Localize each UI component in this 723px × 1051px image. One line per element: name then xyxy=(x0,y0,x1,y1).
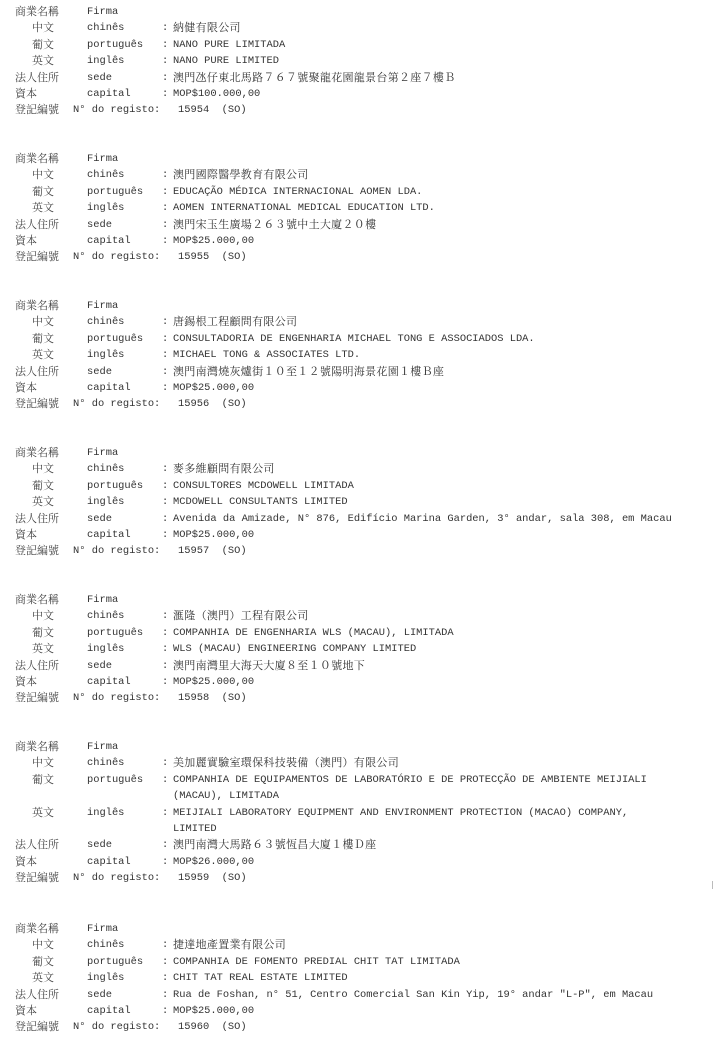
portuguese-name-row: 葡文português:CONSULTADORIA DE ENGENHARIA … xyxy=(0,331,723,347)
english-label-zh: 英文 xyxy=(32,347,54,363)
portuguese-label-zh: 葡文 xyxy=(32,184,54,200)
registration-number: 15955 (SO) xyxy=(178,249,247,265)
capital-label-pt: capital xyxy=(87,674,131,690)
portuguese-name-value: EDUCAÇÃO MÉDICA INTERNACIONAL AOMEN LDA. xyxy=(173,184,422,200)
portuguese-name-continuation: (MACAU), LIMITADA xyxy=(0,788,723,804)
chinese-name-row: 中文chinês:澳門國際醫學教育有限公司 xyxy=(0,167,723,183)
portuguese-label-zh: 葡文 xyxy=(32,954,54,970)
chinese-label-pt: chinês xyxy=(87,937,124,953)
seat-label-zh: 法人住所 xyxy=(15,658,59,674)
registration-number: 15959 (SO) xyxy=(178,870,247,886)
capital-value: MOP$25.000,00 xyxy=(173,674,254,690)
english-label-zh: 英文 xyxy=(32,641,54,657)
chinese-name-row: 中文chinês:美加麗實驗室環保科技裝備（澳門）有限公司 xyxy=(0,755,723,771)
registration-number: 15954 (SO) xyxy=(178,102,247,118)
firm-label-zh: 商業名稱 xyxy=(15,921,59,937)
regno-label-pt: N° do registo: xyxy=(73,870,160,886)
capital-value: MOP$25.000,00 xyxy=(173,233,254,249)
colon: : xyxy=(162,167,168,183)
portuguese-name-row: 葡文português:COMPANHIA DE FOMENTO PREDIAL… xyxy=(0,954,723,970)
capital-value: MOP$25.000,00 xyxy=(173,527,254,543)
registration-row: 登記編號N° do registo:15957 (SO) xyxy=(0,543,723,559)
portuguese-name-row: 葡文português:COMPANHIA DE ENGENHARIA WLS … xyxy=(0,625,723,641)
colon: : xyxy=(162,494,168,510)
seat-value: 澳門南灣里大海天大廈８至１０號地下 xyxy=(173,658,365,674)
english-name-row: 英文inglês:MICHAEL TONG & ASSOCIATES LTD. xyxy=(0,347,723,363)
capital-row: 資本capital:MOP$100.000,00 xyxy=(0,86,723,102)
english-name-value: AOMEN INTERNATIONAL MEDICAL EDUCATION LT… xyxy=(173,200,435,216)
regno-label-pt: N° do registo: xyxy=(73,690,160,706)
firm-label-pt: Firma xyxy=(87,921,118,937)
colon: : xyxy=(162,53,168,69)
chinese-label-pt: chinês xyxy=(87,755,124,771)
colon: : xyxy=(162,527,168,543)
regno-label-pt: N° do registo: xyxy=(73,249,160,265)
registration-row: 登記編號N° do registo:15955 (SO) xyxy=(0,249,723,265)
colon: : xyxy=(162,200,168,216)
colon: : xyxy=(162,954,168,970)
registration-number: 15960 (SO) xyxy=(178,1019,247,1035)
colon: : xyxy=(162,805,168,821)
chinese-name-row: 中文chinês:納健有限公司 xyxy=(0,20,723,36)
portuguese-name-value: CONSULTADORIA DE ENGENHARIA MICHAEL TONG… xyxy=(173,331,535,347)
chinese-label-zh: 中文 xyxy=(32,461,54,477)
firm-label-zh: 商業名稱 xyxy=(15,592,59,608)
seat-value: Avenida da Amizade, N° 876, Edifício Mar… xyxy=(173,511,672,527)
english-label-pt: inglês xyxy=(87,494,124,510)
firm-label-pt: Firma xyxy=(87,592,118,608)
colon: : xyxy=(162,217,168,233)
english-name-value: NANO PURE LIMITED xyxy=(173,53,279,69)
seat-row: 法人住所sede:澳門氹仔東北馬路７６７號聚龍花園龍景台第２座７樓Ｂ xyxy=(0,70,723,86)
chinese-label-zh: 中文 xyxy=(32,20,54,36)
firm-header-row: 商業名稱Firma xyxy=(0,592,723,608)
english-name-continuation: LIMITED xyxy=(0,821,723,837)
firm-header-row: 商業名稱Firma xyxy=(0,445,723,461)
portuguese-name-row: 葡文português:CONSULTORES MCDOWELL LIMITAD… xyxy=(0,478,723,494)
firm-label-pt: Firma xyxy=(87,739,118,755)
seat-row: 法人住所sede:澳門南灣大馬路６３號恆昌大廈１樓Ｄ座 xyxy=(0,837,723,853)
capital-row: 資本capital:MOP$26.000,00 xyxy=(0,854,723,870)
english-label-pt: inglês xyxy=(87,200,124,216)
portuguese-label-zh: 葡文 xyxy=(32,625,54,641)
english-label-zh: 英文 xyxy=(32,200,54,216)
firm-label-pt: Firma xyxy=(87,4,118,20)
english-name-value: MCDOWELL CONSULTANTS LIMITED xyxy=(173,494,348,510)
colon: : xyxy=(162,233,168,249)
colon: : xyxy=(162,1003,168,1019)
english-label-pt: inglês xyxy=(87,347,124,363)
chinese-label-zh: 中文 xyxy=(32,608,54,624)
seat-label-pt: sede xyxy=(87,511,112,527)
colon: : xyxy=(162,380,168,396)
registration-row: 登記編號N° do registo:15959 (SO) xyxy=(0,870,723,886)
english-label-zh: 英文 xyxy=(32,53,54,69)
firm-header-row: 商業名稱Firma xyxy=(0,921,723,937)
company-entry: 商業名稱Firma中文chinês:納健有限公司葡文português:NANO… xyxy=(0,4,723,119)
seat-value: 澳門宋玉生廣場２６３號中土大廈２０樓 xyxy=(173,217,376,233)
capital-row: 資本capital:MOP$25.000,00 xyxy=(0,380,723,396)
firm-label-zh: 商業名稱 xyxy=(15,298,59,314)
colon: : xyxy=(162,37,168,53)
portuguese-label-pt: português xyxy=(87,954,143,970)
seat-row: 法人住所sede:澳門宋玉生廣場２６３號中土大廈２０樓 xyxy=(0,217,723,233)
registration-row: 登記編號N° do registo:15958 (SO) xyxy=(0,690,723,706)
chinese-name-row: 中文chinês:麥多維顧問有限公司 xyxy=(0,461,723,477)
registration-row: 登記編號N° do registo:15956 (SO) xyxy=(0,396,723,412)
colon: : xyxy=(162,674,168,690)
english-name-row: 英文inglês:WLS (MACAU) ENGINEERING COMPANY… xyxy=(0,641,723,657)
seat-row: 法人住所sede:澳門南灣里大海天大廈８至１０號地下 xyxy=(0,658,723,674)
company-entry: 商業名稱Firma中文chinês:美加麗實驗室環保科技裝備（澳門）有限公司葡文… xyxy=(0,739,723,887)
english-name-row: 英文inglês:CHIT TAT REAL ESTATE LIMITED xyxy=(0,970,723,986)
seat-value: 澳門南灣燒灰爐街１０至１２號陽明海景花園１樓Ｂ座 xyxy=(173,364,444,380)
portuguese-label-zh: 葡文 xyxy=(32,478,54,494)
portuguese-name-row: 葡文português:EDUCAÇÃO MÉDICA INTERNACIONA… xyxy=(0,184,723,200)
firm-label-pt: Firma xyxy=(87,151,118,167)
portuguese-name-value-cont: (MACAU), LIMITADA xyxy=(173,788,279,804)
firm-label-zh: 商業名稱 xyxy=(15,151,59,167)
firm-header-row: 商業名稱Firma xyxy=(0,739,723,755)
capital-label-pt: capital xyxy=(87,527,131,543)
portuguese-label-zh: 葡文 xyxy=(32,331,54,347)
english-name-value: CHIT TAT REAL ESTATE LIMITED xyxy=(173,970,348,986)
company-entry: 商業名稱Firma中文chinês:滙隆（澳門）工程有限公司葡文portuguê… xyxy=(0,592,723,707)
seat-label-zh: 法人住所 xyxy=(15,70,59,86)
chinese-label-pt: chinês xyxy=(87,314,124,330)
colon: : xyxy=(162,478,168,494)
capital-label-zh: 資本 xyxy=(15,854,37,870)
firm-label-zh: 商業名稱 xyxy=(15,739,59,755)
portuguese-name-row: 葡文português:NANO PURE LIMITADA xyxy=(0,37,723,53)
seat-label-zh: 法人住所 xyxy=(15,364,59,380)
regno-label-zh: 登記編號 xyxy=(15,249,59,265)
capital-value: MOP$25.000,00 xyxy=(173,380,254,396)
seat-label-zh: 法人住所 xyxy=(15,837,59,853)
colon: : xyxy=(162,937,168,953)
colon: : xyxy=(162,970,168,986)
chinese-label-zh: 中文 xyxy=(32,755,54,771)
colon: : xyxy=(162,86,168,102)
colon: : xyxy=(162,755,168,771)
chinese-label-pt: chinês xyxy=(87,608,124,624)
capital-value: MOP$100.000,00 xyxy=(173,86,260,102)
seat-label-zh: 法人住所 xyxy=(15,987,59,1003)
colon: : xyxy=(162,70,168,86)
chinese-name-value: 唐錫根工程顧問有限公司 xyxy=(173,314,297,330)
chinese-name-value: 納健有限公司 xyxy=(173,20,241,36)
chinese-name-row: 中文chinês:唐錫根工程顧問有限公司 xyxy=(0,314,723,330)
seat-value: 澳門南灣大馬路６３號恆昌大廈１樓Ｄ座 xyxy=(173,837,376,853)
capital-label-zh: 資本 xyxy=(15,1003,37,1019)
chinese-name-value: 美加麗實驗室環保科技裝備（澳門）有限公司 xyxy=(173,755,399,771)
colon: : xyxy=(162,184,168,200)
firm-label-zh: 商業名稱 xyxy=(15,445,59,461)
capital-label-zh: 資本 xyxy=(15,233,37,249)
seat-label-zh: 法人住所 xyxy=(15,217,59,233)
chinese-label-zh: 中文 xyxy=(32,937,54,953)
colon: : xyxy=(162,641,168,657)
portuguese-label-zh: 葡文 xyxy=(32,772,54,788)
registration-number: 15956 (SO) xyxy=(178,396,247,412)
colon: : xyxy=(162,314,168,330)
scan-artifact xyxy=(712,881,713,889)
regno-label-pt: N° do registo: xyxy=(73,543,160,559)
company-entry: 商業名稱Firma中文chinês:唐錫根工程顧問有限公司葡文português… xyxy=(0,298,723,413)
portuguese-label-pt: português xyxy=(87,184,143,200)
seat-label-pt: sede xyxy=(87,658,112,674)
seat-row: 法人住所sede:Avenida da Amizade, N° 876, Edi… xyxy=(0,511,723,527)
regno-label-zh: 登記編號 xyxy=(15,1019,59,1035)
chinese-label-pt: chinês xyxy=(87,461,124,477)
capital-row: 資本capital:MOP$25.000,00 xyxy=(0,233,723,249)
regno-label-zh: 登記編號 xyxy=(15,396,59,412)
company-entry: 商業名稱Firma中文chinês:捷達地產置業有限公司葡文português:… xyxy=(0,921,723,1036)
capital-label-zh: 資本 xyxy=(15,380,37,396)
portuguese-label-pt: português xyxy=(87,331,143,347)
portuguese-name-value: COMPANHIA DE ENGENHARIA WLS (MACAU), LIM… xyxy=(173,625,454,641)
seat-value: Rua de Foshan, n° 51, Centro Comercial S… xyxy=(173,987,653,1003)
firm-label-pt: Firma xyxy=(87,298,118,314)
colon: : xyxy=(162,658,168,674)
english-label-pt: inglês xyxy=(87,53,124,69)
english-name-value: WLS (MACAU) ENGINEERING COMPANY LIMITED xyxy=(173,641,416,657)
colon: : xyxy=(162,364,168,380)
company-entry: 商業名稱Firma中文chinês:麥多維顧問有限公司葡文português:C… xyxy=(0,445,723,560)
colon: : xyxy=(162,854,168,870)
colon: : xyxy=(162,347,168,363)
capital-value: MOP$25.000,00 xyxy=(173,1003,254,1019)
capital-row: 資本capital:MOP$25.000,00 xyxy=(0,1003,723,1019)
colon: : xyxy=(162,608,168,624)
colon: : xyxy=(162,511,168,527)
registration-number: 15957 (SO) xyxy=(178,543,247,559)
capital-label-pt: capital xyxy=(87,380,131,396)
seat-label-pt: sede xyxy=(87,217,112,233)
english-name-row: 英文inglês:MCDOWELL CONSULTANTS LIMITED xyxy=(0,494,723,510)
chinese-name-value: 滙隆（澳門）工程有限公司 xyxy=(173,608,309,624)
colon: : xyxy=(162,837,168,853)
portuguese-label-pt: português xyxy=(87,772,143,788)
seat-row: 法人住所sede:Rua de Foshan, n° 51, Centro Co… xyxy=(0,987,723,1003)
regno-label-zh: 登記編號 xyxy=(15,870,59,886)
portuguese-name-value: CONSULTORES MCDOWELL LIMITADA xyxy=(173,478,354,494)
capital-label-zh: 資本 xyxy=(15,674,37,690)
english-name-value-cont: LIMITED xyxy=(173,821,217,837)
english-name-row: 英文inglês:NANO PURE LIMITED xyxy=(0,53,723,69)
seat-label-zh: 法人住所 xyxy=(15,511,59,527)
chinese-name-row: 中文chinês:捷達地產置業有限公司 xyxy=(0,937,723,953)
registration-number: 15958 (SO) xyxy=(178,690,247,706)
registration-row: 登記編號N° do registo:15960 (SO) xyxy=(0,1019,723,1035)
capital-label-pt: capital xyxy=(87,1003,131,1019)
registration-row: 登記編號N° do registo:15954 (SO) xyxy=(0,102,723,118)
portuguese-label-pt: português xyxy=(87,625,143,641)
colon: : xyxy=(162,987,168,1003)
regno-label-zh: 登記編號 xyxy=(15,690,59,706)
capital-row: 資本capital:MOP$25.000,00 xyxy=(0,527,723,543)
seat-label-pt: sede xyxy=(87,70,112,86)
english-label-zh: 英文 xyxy=(32,494,54,510)
seat-value: 澳門氹仔東北馬路７６７號聚龍花園龍景台第２座７樓Ｂ xyxy=(173,70,456,86)
company-entry: 商業名稱Firma中文chinês:澳門國際醫學教育有限公司葡文portuguê… xyxy=(0,151,723,266)
english-name-row: 英文inglês:AOMEN INTERNATIONAL MEDICAL EDU… xyxy=(0,200,723,216)
seat-row: 法人住所sede:澳門南灣燒灰爐街１０至１２號陽明海景花園１樓Ｂ座 xyxy=(0,364,723,380)
seat-label-pt: sede xyxy=(87,364,112,380)
regno-label-pt: N° do registo: xyxy=(73,102,160,118)
chinese-label-pt: chinês xyxy=(87,167,124,183)
portuguese-name-value: NANO PURE LIMITADA xyxy=(173,37,285,53)
chinese-label-zh: 中文 xyxy=(32,314,54,330)
portuguese-name-value: COMPANHIA DE EQUIPAMENTOS DE LABORATÓRIO… xyxy=(173,772,647,788)
english-name-value: MEIJIALI LABORATORY EQUIPMENT AND ENVIRO… xyxy=(173,805,628,821)
capital-label-pt: capital xyxy=(87,233,131,249)
portuguese-label-pt: português xyxy=(87,37,143,53)
english-name-row: 英文inglês:MEIJIALI LABORATORY EQUIPMENT A… xyxy=(0,805,723,821)
capital-label-zh: 資本 xyxy=(15,527,37,543)
colon: : xyxy=(162,20,168,36)
chinese-label-pt: chinês xyxy=(87,20,124,36)
colon: : xyxy=(162,772,168,788)
portuguese-name-value: COMPANHIA DE FOMENTO PREDIAL CHIT TAT LI… xyxy=(173,954,460,970)
colon: : xyxy=(162,625,168,641)
seat-label-pt: sede xyxy=(87,987,112,1003)
firm-label-pt: Firma xyxy=(87,445,118,461)
english-name-value: MICHAEL TONG & ASSOCIATES LTD. xyxy=(173,347,360,363)
firm-header-row: 商業名稱Firma xyxy=(0,298,723,314)
english-label-zh: 英文 xyxy=(32,970,54,986)
regno-label-zh: 登記編號 xyxy=(15,102,59,118)
capital-label-zh: 資本 xyxy=(15,86,37,102)
capital-label-pt: capital xyxy=(87,86,131,102)
colon: : xyxy=(162,331,168,347)
portuguese-name-row: 葡文português:COMPANHIA DE EQUIPAMENTOS DE… xyxy=(0,772,723,788)
chinese-name-value: 捷達地產置業有限公司 xyxy=(173,937,286,953)
english-label-pt: inglês xyxy=(87,805,124,821)
chinese-name-value: 澳門國際醫學教育有限公司 xyxy=(173,167,309,183)
capital-label-pt: capital xyxy=(87,854,131,870)
firm-header-row: 商業名稱Firma xyxy=(0,4,723,20)
english-label-zh: 英文 xyxy=(32,805,54,821)
chinese-name-row: 中文chinês:滙隆（澳門）工程有限公司 xyxy=(0,608,723,624)
seat-label-pt: sede xyxy=(87,837,112,853)
regno-label-zh: 登記編號 xyxy=(15,543,59,559)
chinese-label-zh: 中文 xyxy=(32,167,54,183)
portuguese-label-zh: 葡文 xyxy=(32,37,54,53)
chinese-name-value: 麥多維顧問有限公司 xyxy=(173,461,275,477)
english-label-pt: inglês xyxy=(87,970,124,986)
portuguese-label-pt: português xyxy=(87,478,143,494)
capital-value: MOP$26.000,00 xyxy=(173,854,254,870)
firm-label-zh: 商業名稱 xyxy=(15,4,59,20)
colon: : xyxy=(162,461,168,477)
capital-row: 資本capital:MOP$25.000,00 xyxy=(0,674,723,690)
regno-label-pt: N° do registo: xyxy=(73,1019,160,1035)
regno-label-pt: N° do registo: xyxy=(73,396,160,412)
english-label-pt: inglês xyxy=(87,641,124,657)
firm-header-row: 商業名稱Firma xyxy=(0,151,723,167)
